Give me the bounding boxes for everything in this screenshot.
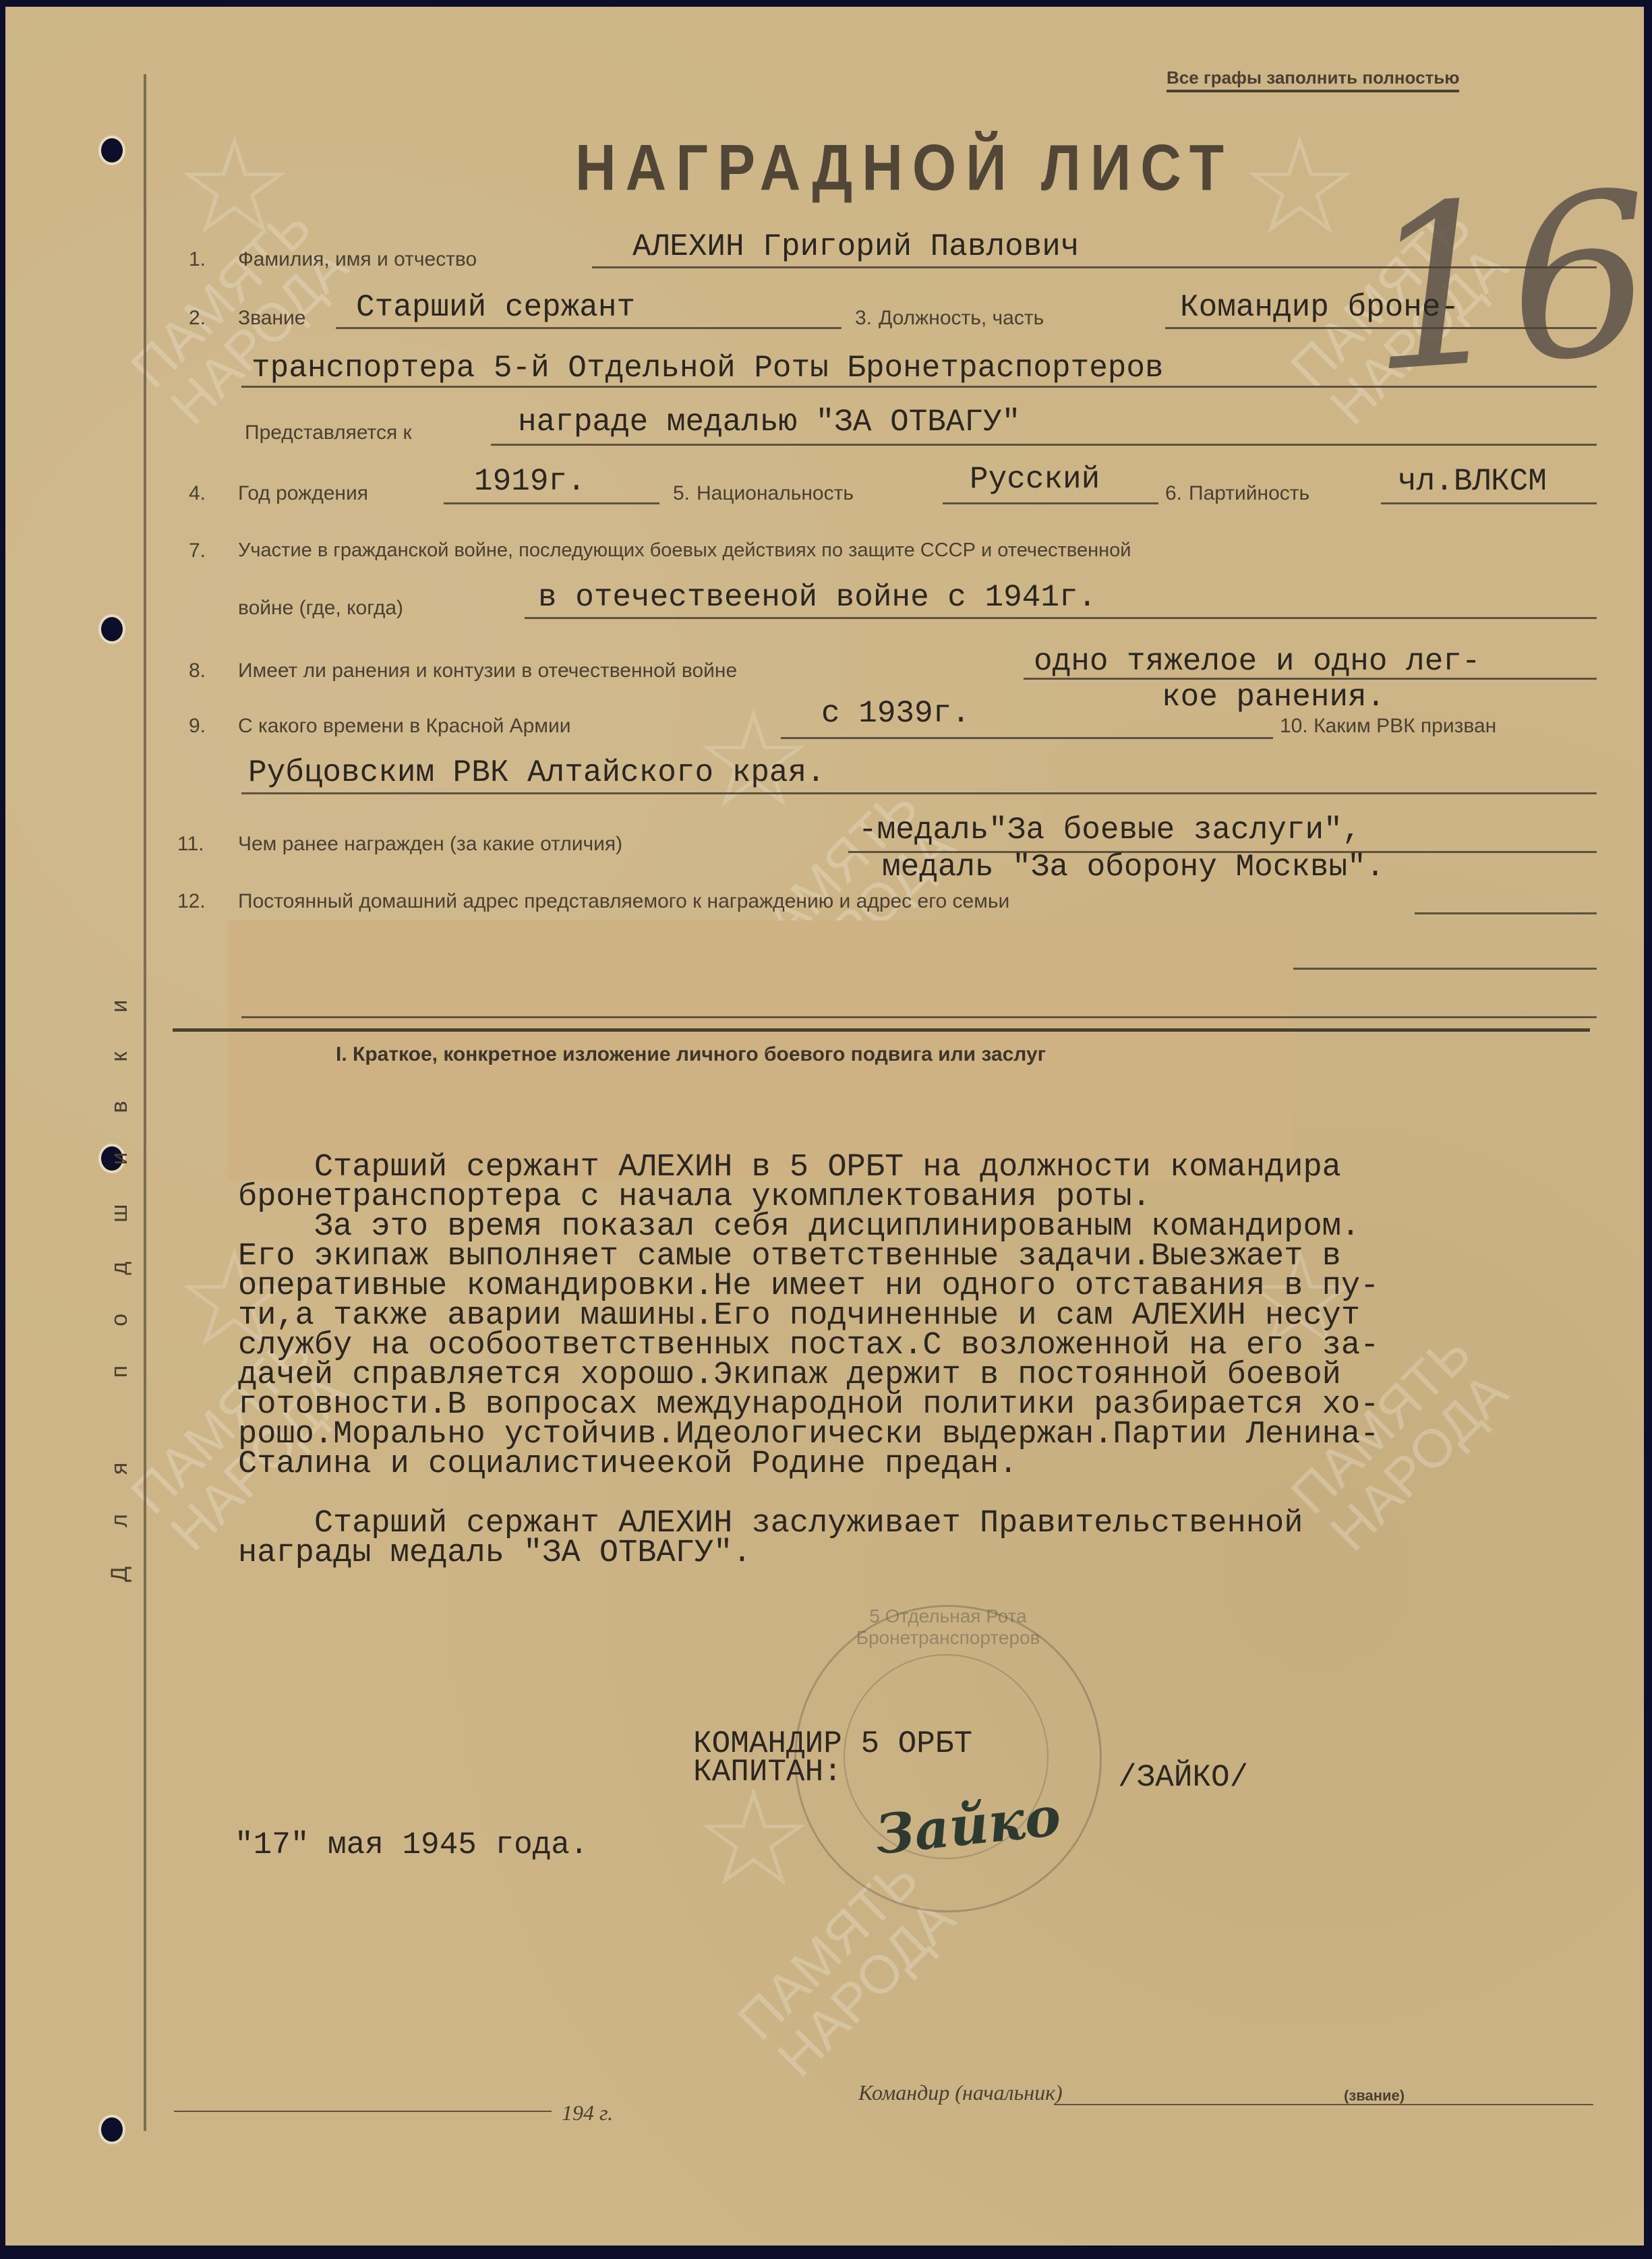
field-label-army-since: С какого времени в Красной Армии: [238, 715, 571, 738]
underline: [336, 327, 842, 329]
binding-margin-text: Для подшивки: [107, 681, 134, 1861]
field-value-wounds: одно тяжелое и одно лег-: [1034, 644, 1481, 679]
field-number: 7.: [189, 539, 206, 562]
field-label-draft-office: 10. Каким РВК призван: [1280, 715, 1496, 738]
field-label-position: Должность, часть: [879, 307, 1044, 330]
field-label-rank: Звание: [238, 307, 305, 330]
section-divider: [173, 1028, 1590, 1032]
field-value-prior-awards: -медаль"За боевые заслуги",: [858, 813, 1361, 848]
field-number: 11.: [177, 833, 204, 856]
rank-label: (звание): [1344, 2087, 1405, 2105]
underline: [444, 502, 659, 504]
field-value-party: чл.ВЛКСМ: [1398, 464, 1547, 499]
underline: [1165, 327, 1597, 329]
underline: [525, 617, 1597, 619]
field-label-award: Представляется к: [245, 421, 412, 444]
punch-hole: [101, 138, 123, 163]
field-label-party: Партийность: [1189, 482, 1309, 505]
field-number: 9.: [189, 715, 206, 738]
field-label-wounds: Имеет ли ранения и контузии в отечествен…: [238, 659, 737, 682]
underline: [943, 502, 1158, 504]
document-title: НАГРАДНОЙ ЛИСТ: [575, 130, 1233, 206]
field-value-birth-year: 1919г.: [474, 464, 586, 499]
underline: [241, 792, 1597, 794]
underline: [491, 444, 1597, 446]
field-label-prior-awards: Чем ранее награжден (за какие отличия): [238, 833, 622, 856]
handwritten-number: 167: [1359, 134, 1652, 421]
field-value-award: награде медалью "ЗА ОТВАГУ": [518, 405, 1020, 440]
underline: [174, 2111, 552, 2112]
underline: [781, 737, 1273, 739]
year-label: 194 г.: [562, 2101, 613, 2125]
field-value-full-name: АЛЕХИН Григорий Павлович: [632, 229, 1080, 264]
underline: [1381, 502, 1597, 504]
field-value-nationality: Русский: [970, 462, 1100, 497]
punch-hole: [101, 617, 123, 641]
field-value-army-since: с 1939г.: [821, 696, 970, 731]
underline: [241, 1016, 1597, 1018]
punch-hole: [101, 2117, 123, 2142]
underline: [592, 266, 1597, 268]
field-number: 2.: [189, 307, 206, 330]
field-value-position-cont: транспортера 5-й Отдельной Роты Бронетра…: [252, 351, 1164, 386]
section-heading: I. Краткое, конкретное изложение личного…: [336, 1043, 1046, 1066]
field-label-birth-year: Год рождения: [238, 482, 368, 505]
field-label-war-participation: Участие в гражданской войне, последующих…: [238, 539, 1131, 562]
document-date: "17" мая 1945 года.: [235, 1827, 589, 1862]
signatory-title: КОМАНДИР 5 ОРБТ КАПИТАН:: [693, 1730, 972, 1786]
field-number: 3.: [855, 307, 872, 330]
field-value-prior-awards-cont: медаль "За оборону Москвы".: [882, 850, 1384, 885]
field-number: 6.: [1165, 482, 1182, 505]
field-value-rank: Старший сержант: [356, 290, 635, 325]
underline: [1293, 968, 1597, 970]
underline: [1054, 2104, 1593, 2105]
fill-instruction: Все графы заполнить полностью: [1167, 67, 1459, 92]
binding-margin-line: [144, 74, 146, 2131]
field-number: 12.: [177, 890, 206, 913]
field-label-home-address: Постоянный домашний адрес представляемог…: [238, 890, 1009, 913]
watermark-star-icon: ☆: [174, 108, 295, 265]
field-number: 4.: [189, 482, 206, 505]
field-value-draft-office: Рубцовским РВК Алтайского края.: [248, 755, 825, 790]
field-value-war-participation: в отечествееной войне с 1941г.: [538, 580, 1096, 615]
field-label-full-name: Фамилия, имя и отчество: [238, 248, 477, 271]
field-number: 8.: [189, 659, 206, 682]
award-sheet: ☆ ПАМЯТЬНАРОДА ☆ ПАМЯТЬНАРОДА ☆ ПАМЯТЬНА…: [5, 7, 1644, 2246]
field-label-nationality: Национальность: [697, 482, 854, 505]
field-value-wounds-cont: кое ранения.: [1162, 680, 1385, 715]
signatory-name: /ЗАЙКО/: [1118, 1760, 1248, 1795]
underline: [1415, 912, 1597, 914]
underline: [241, 386, 1597, 388]
field-number: 5.: [673, 482, 690, 505]
field-label-war-participation-cont: войне (где, когда): [238, 597, 403, 620]
field-value-position: Командир броне-: [1180, 290, 1459, 325]
commander-label: Командир (начальник): [858, 2080, 1063, 2105]
field-number: 1.: [189, 248, 206, 271]
watermark-star-icon: ☆: [1239, 108, 1360, 265]
merit-description: Старший сержант АЛЕХИН в 5 ОРБТ на должн…: [238, 1153, 1587, 1568]
